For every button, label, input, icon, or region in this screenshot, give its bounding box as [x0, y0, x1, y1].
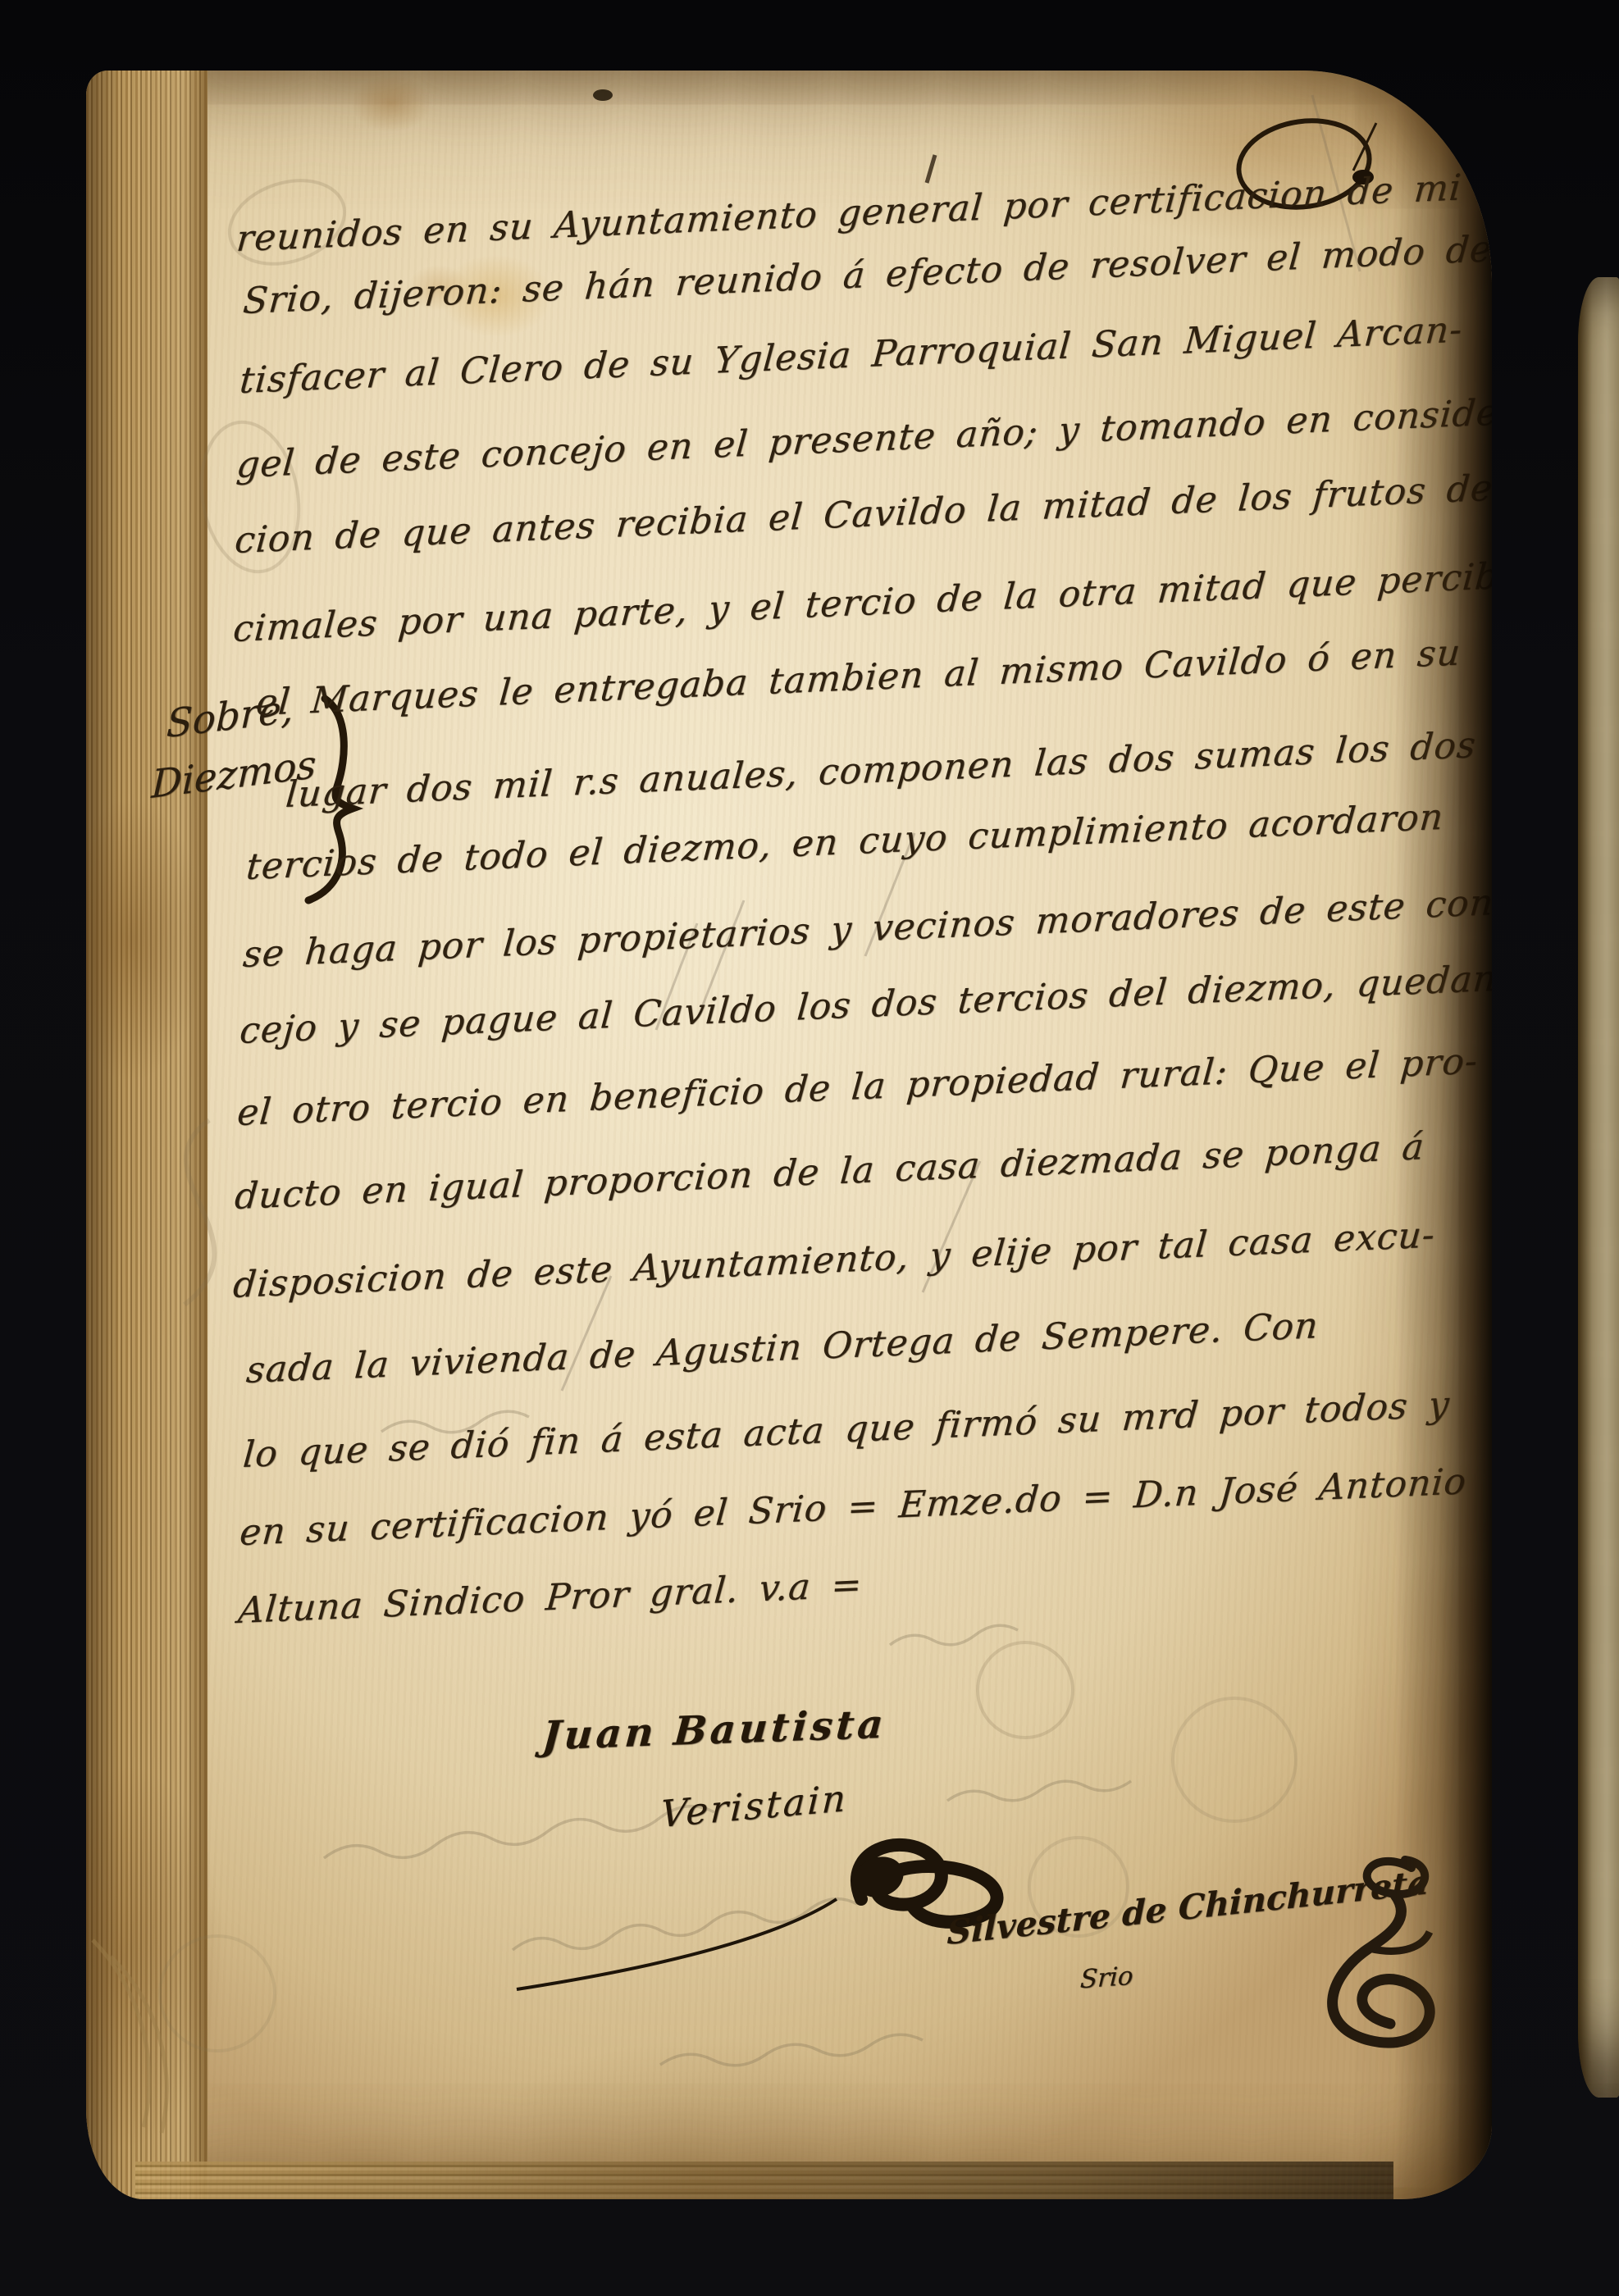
adjacent-page-edge: [1578, 277, 1619, 2098]
signature-secretary-title: Srio: [1079, 1961, 1133, 1995]
photograph-background: Sobre, Diezmos reunidos en su Ayuntamien…: [0, 0, 1619, 2296]
page-gutter-shadow: [1395, 71, 1492, 2199]
manuscript-page: Sobre, Diezmos reunidos en su Ayuntamien…: [86, 71, 1492, 2199]
